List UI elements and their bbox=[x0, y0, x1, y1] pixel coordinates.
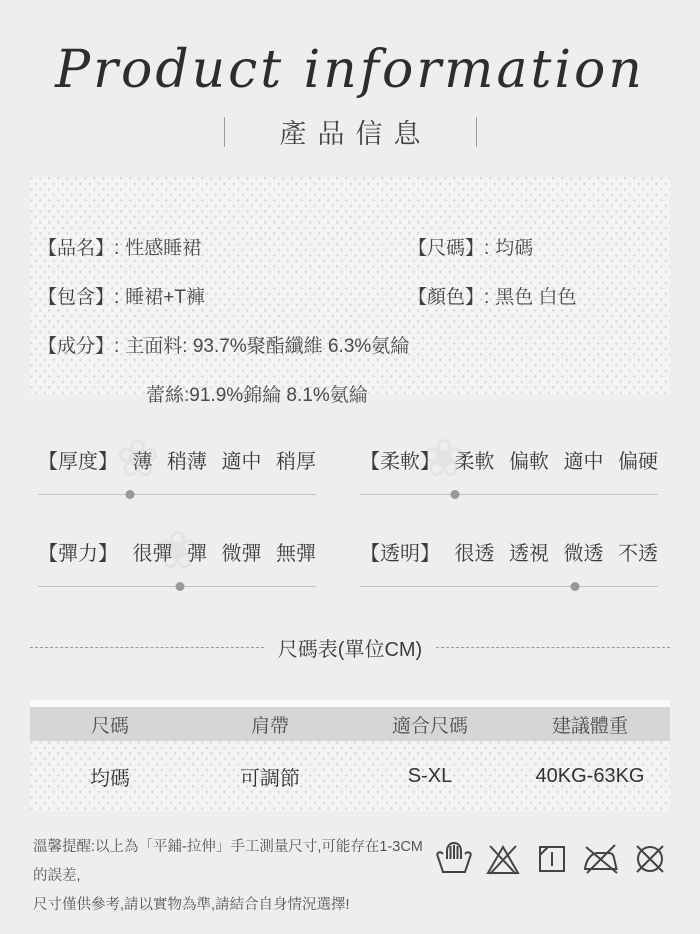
field-composition-line2: 蕾絲:91.9%錦綸 8.1%氨綸 bbox=[146, 380, 670, 407]
field-size: 【尺碼】:均碼 bbox=[408, 233, 533, 260]
size-table: 尺碼 肩帶 適合尺碼 建議體重 均碼 可調節 S-XL 40KG-63KG bbox=[30, 700, 670, 811]
drip-dry-in-shade-icon bbox=[532, 839, 572, 879]
attribute-option: 稍厚 bbox=[276, 445, 316, 474]
info-row: 【成分】:主面料: 93.7%聚酯纖維 6.3%氨綸 bbox=[38, 331, 670, 358]
info-row: 【包含】:睡裙+T褲 【顏色】:黑色 白色 bbox=[38, 282, 670, 309]
attribute-transparency: 【透明】 很透 透視 微透 不透 bbox=[360, 537, 658, 587]
size-table-header-cell: 建議體重 bbox=[510, 711, 670, 738]
attribute-thickness: 【厚度】 薄 稍薄 適中 稍厚 bbox=[38, 445, 316, 495]
attribute-sliders: 【厚度】 薄 稍薄 適中 稍厚 【柔軟】 柔軟 偏軟 適中 偏硬 bbox=[38, 445, 662, 587]
dashed-line bbox=[436, 647, 670, 648]
field-color: 【顏色】:黑色 白色 bbox=[408, 282, 577, 309]
size-table-caption-row: 尺碼表(單位CM) bbox=[30, 633, 670, 662]
field-composition: 【成分】:主面料: 93.7%聚酯纖維 6.3%氨綸 bbox=[38, 331, 409, 358]
attribute-elasticity: 【彈力】 很彈 彈 微彈 無彈 bbox=[38, 537, 316, 587]
size-table-header-cell: 適合尺碼 bbox=[350, 711, 510, 738]
attribute-labels: 【彈力】 很彈 彈 微彈 無彈 bbox=[38, 537, 316, 566]
attribute-level-track bbox=[38, 586, 316, 587]
size-table-header-cell: 肩帶 bbox=[190, 711, 350, 738]
do-not-iron-icon bbox=[581, 839, 621, 879]
notice-line-2: 尺寸僅供參考,請以實物為準,請結合自身情況選擇! bbox=[33, 891, 431, 920]
field-label: 【尺碼】: bbox=[408, 238, 489, 259]
dashed-line bbox=[30, 647, 264, 648]
field-label: 【品名】: bbox=[38, 238, 119, 259]
field-value: 均碼 bbox=[495, 238, 533, 259]
page-subtitle-row: 產品信息 bbox=[0, 112, 700, 151]
size-table-data-row: 均碼 可調節 S-XL 40KG-63KG bbox=[30, 741, 670, 811]
attribute-name: 【厚度】 bbox=[38, 445, 118, 474]
field-label: 【成分】: bbox=[38, 336, 119, 357]
product-info-panel: 【品名】:性感睡裙 【尺碼】:均碼 【包含】:睡裙+T褲 【顏色】:黑色 白色 … bbox=[30, 177, 670, 395]
size-table-caption: 尺碼表(單位CM) bbox=[264, 633, 436, 662]
do-not-bleach-icon bbox=[483, 839, 523, 879]
size-table-cell: 可調節 bbox=[190, 762, 350, 791]
attribute-option: 微透 bbox=[564, 537, 604, 566]
field-value: 性感睡裙 bbox=[125, 238, 201, 259]
field-label: 【包含】: bbox=[38, 287, 119, 308]
attribute-option: 柔軟 bbox=[455, 445, 495, 474]
attribute-level-track bbox=[360, 494, 658, 495]
size-table-cell: 40KG-63KG bbox=[510, 765, 670, 788]
field-includes: 【包含】:睡裙+T褲 bbox=[38, 282, 408, 309]
attribute-option: 微彈 bbox=[222, 537, 262, 566]
field-product-name: 【品名】:性感睡裙 bbox=[38, 233, 408, 260]
attribute-level-dot bbox=[451, 490, 460, 499]
attribute-name: 【透明】 bbox=[360, 537, 440, 566]
size-table-header-row: 尺碼 肩帶 適合尺碼 建議體重 bbox=[30, 707, 670, 741]
size-table-cell: S-XL bbox=[350, 765, 510, 788]
attribute-labels: 【柔軟】 柔軟 偏軟 適中 偏硬 bbox=[360, 445, 658, 474]
notice-line-1: 溫馨提醒:以上為「平鋪-拉伸」手工測量尺寸,可能存在1-3CM的誤差, bbox=[33, 833, 431, 891]
attribute-option: 偏硬 bbox=[618, 445, 658, 474]
attribute-level-dot bbox=[570, 582, 579, 591]
attribute-option: 稍薄 bbox=[167, 445, 207, 474]
field-label: 【顏色】: bbox=[408, 287, 489, 308]
field-value: 黑色 白色 bbox=[495, 287, 576, 308]
footer: 溫馨提醒:以上為「平鋪-拉伸」手工測量尺寸,可能存在1-3CM的誤差, 尺寸僅供… bbox=[33, 833, 670, 920]
attribute-option: 薄 bbox=[133, 445, 153, 474]
attribute-labels: 【厚度】 薄 稍薄 適中 稍厚 bbox=[38, 445, 316, 474]
left-divider-bar bbox=[224, 117, 225, 147]
attribute-softness: 【柔軟】 柔軟 偏軟 適中 偏硬 bbox=[360, 445, 658, 495]
attribute-labels: 【透明】 很透 透視 微透 不透 bbox=[360, 537, 658, 566]
do-not-dry-clean-icon bbox=[630, 839, 670, 879]
info-row: 【品名】:性感睡裙 【尺碼】:均碼 bbox=[38, 233, 670, 260]
size-table-cell: 均碼 bbox=[30, 762, 190, 791]
attribute-option: 透視 bbox=[509, 537, 549, 566]
right-divider-bar bbox=[476, 117, 477, 147]
hand-wash-icon bbox=[434, 839, 474, 879]
field-value: 睡裙+T褲 bbox=[125, 287, 205, 308]
attribute-option: 不透 bbox=[618, 537, 658, 566]
attribute-option: 偏軟 bbox=[509, 445, 549, 474]
product-information-page: Product information 產品信息 【品名】:性感睡裙 【尺碼】:… bbox=[0, 0, 700, 934]
page-subtitle: 產品信息 bbox=[269, 112, 432, 151]
attribute-option: 無彈 bbox=[276, 537, 316, 566]
field-value: 主面料: 93.7%聚酯纖維 6.3%氨綸 bbox=[125, 336, 409, 357]
laundry-care-icons bbox=[434, 839, 670, 879]
attribute-name: 【彈力】 bbox=[38, 537, 118, 566]
attribute-name: 【柔軟】 bbox=[360, 445, 440, 474]
attribute-level-track bbox=[38, 494, 316, 495]
page-title: Product information bbox=[0, 0, 700, 100]
measurement-notice: 溫馨提醒:以上為「平鋪-拉伸」手工測量尺寸,可能存在1-3CM的誤差, 尺寸僅供… bbox=[33, 833, 431, 920]
attribute-option: 很彈 bbox=[133, 537, 173, 566]
attribute-option: 很透 bbox=[455, 537, 495, 566]
attribute-level-dot bbox=[175, 582, 184, 591]
size-table-header-cell: 尺碼 bbox=[30, 711, 190, 738]
attribute-option: 適中 bbox=[564, 445, 604, 474]
size-table-top-strip bbox=[30, 700, 670, 707]
attribute-level-dot bbox=[125, 490, 134, 499]
attribute-option: 彈 bbox=[187, 537, 207, 566]
attribute-option: 適中 bbox=[222, 445, 262, 474]
attribute-level-track bbox=[360, 586, 658, 587]
